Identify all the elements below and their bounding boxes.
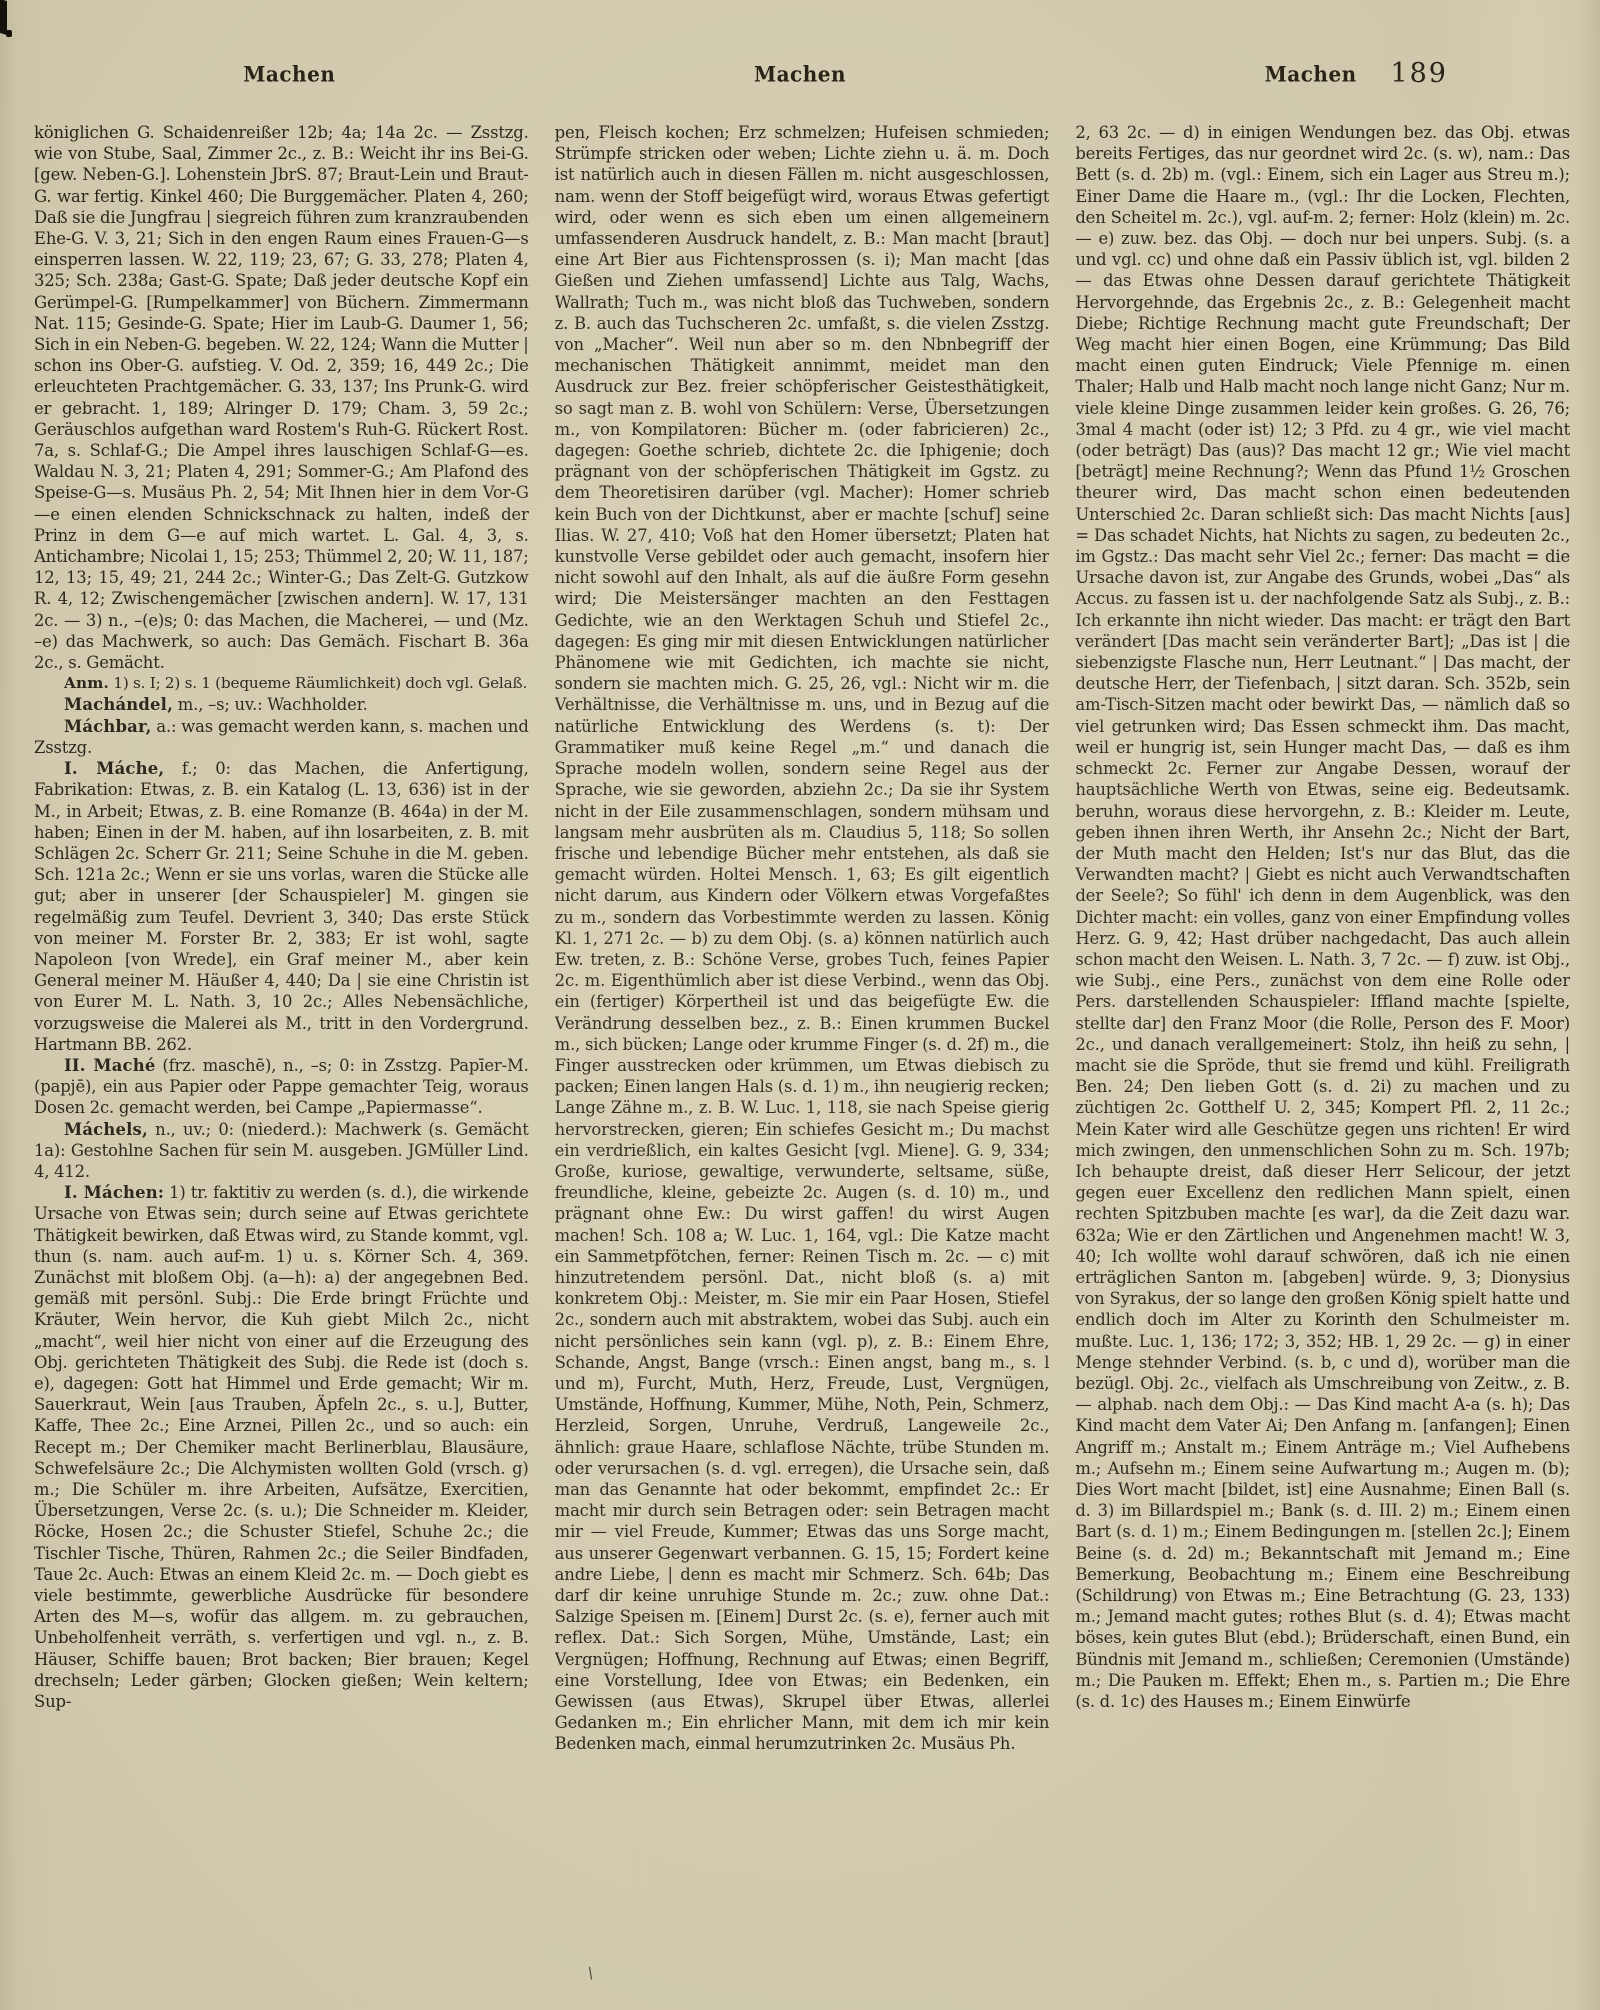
entry-machels: Máchels, n., uv.; 0: (niederd.): Machwer… — [34, 1119, 529, 1183]
paragraph-text: 1) tr. faktitiv zu werden (s. d.), die w… — [34, 1183, 529, 1711]
headword-mache-2: II. Maché — [64, 1056, 155, 1075]
headword-machbar: Máchbar, — [64, 717, 152, 736]
running-title-col3: Machen — [1265, 61, 1357, 86]
entry-mache-2: II. Maché (frz. maschē), n., –s; 0: in Z… — [34, 1055, 529, 1119]
paragraph-text: 2, 63 2c. — d) in einigen Wendungen bez.… — [1075, 123, 1570, 1711]
scan-stray-mark: \ — [587, 1964, 595, 1983]
headword-machels: Máchels, — [64, 1120, 148, 1139]
running-title-col2: Machen — [754, 61, 846, 86]
entry-mache-1: I. Máche, f.; 0: das Machen, die Anferti… — [34, 758, 529, 1055]
continuation-paragraph: 2, 63 2c. — d) in einigen Wendungen bez.… — [1075, 122, 1570, 1712]
header-cell-1: Machen — [34, 62, 545, 86]
text-column-1: königlichen G. Schaidenreißer 12b; 4a; 1… — [34, 122, 529, 1912]
paragraph-text: königlichen G. Schaidenreißer 12b; 4a; 1… — [34, 123, 529, 672]
text-column-2: pen, Fleisch kochen; Erz schmelzen; Hufe… — [555, 122, 1050, 1912]
headword-machen-1: I. Máchen: — [64, 1183, 164, 1202]
anm-label: Anm. — [64, 674, 109, 692]
page-number: 189 — [1390, 58, 1448, 89]
anm-paragraph: Anm. 1) s. I; 2) s. 1 (bequeme Räumlichk… — [34, 673, 529, 694]
header-cell-2: Machen — [545, 62, 1056, 86]
entry-machbar: Máchbar, a.: was gemacht werden kann, s.… — [34, 716, 529, 758]
paragraph-text: m., –s; uv.: Wachholder. — [173, 695, 368, 714]
headword-mache-1: I. Máche, — [64, 759, 164, 778]
paragraph-text: 1) s. I; 2) s. 1 (bequeme Räumlichkeit) … — [109, 674, 527, 692]
entry-machen-1: I. Máchen: 1) tr. faktitiv zu werden (s.… — [34, 1182, 529, 1712]
continuation-paragraph: königlichen G. Schaidenreißer 12b; 4a; 1… — [34, 122, 529, 673]
entry-machandel: Machándel, m., –s; uv.: Wachholder. — [34, 694, 529, 715]
dictionary-text-columns: königlichen G. Schaidenreißer 12b; 4a; 1… — [0, 96, 1600, 1912]
headword-machandel: Machándel, — [64, 695, 173, 714]
paragraph-text: pen, Fleisch kochen; Erz schmelzen; Hufe… — [555, 123, 1050, 1753]
continuation-paragraph: pen, Fleisch kochen; Erz schmelzen; Hufe… — [555, 122, 1050, 1755]
text-column-3: 2, 63 2c. — d) in einigen Wendungen bez.… — [1075, 122, 1570, 1912]
running-title-col1: Machen — [243, 61, 335, 86]
scan-speck-artifact — [6, 30, 12, 37]
page-header: Machen Machen Machen 189 — [34, 62, 1566, 96]
header-cell-3: Machen — [1055, 62, 1566, 86]
paragraph-text: f.; 0: das Machen, die Anfertigung, Fabr… — [34, 759, 529, 1054]
